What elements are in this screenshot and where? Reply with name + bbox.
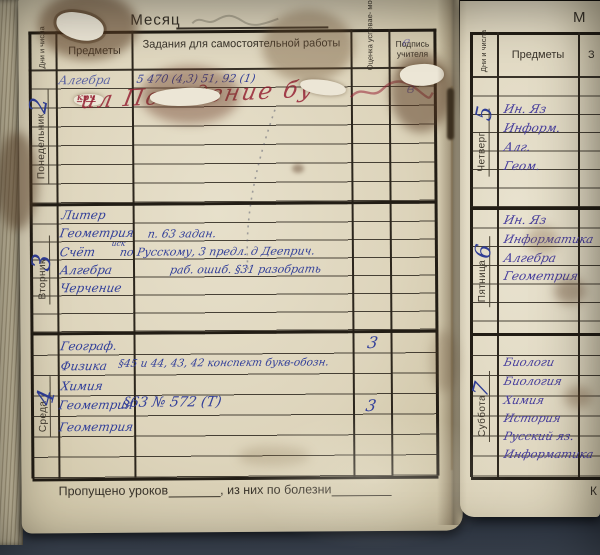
month-label-partial: М [573, 9, 587, 26]
task-entry: §63 № 572 (Т) [122, 394, 223, 411]
header-cell-days: Дни и числа [28, 33, 55, 69]
sick-blank [331, 485, 391, 496]
subject-entry: Черчение [59, 281, 123, 295]
subject-entry: История [503, 411, 563, 425]
subject-entry: Ин. Яз [503, 102, 548, 116]
subject-entry: Физика [60, 359, 109, 373]
right-page: М Дни и числа Предметы З Четверг Пятница… [460, 1, 600, 517]
subject-entry: Географ. [59, 339, 118, 353]
subject-entry: Алгебра [503, 251, 558, 265]
subject-entry: Литер [60, 208, 106, 222]
missed-blank [168, 486, 220, 497]
red-remark-flourish [349, 77, 435, 108]
subject-entry: Химия [60, 379, 104, 393]
task-entry: п. 63 задан. [147, 227, 218, 240]
subject-entry: Алгебра [59, 263, 113, 277]
sick-label: , из них по болезни [220, 482, 331, 497]
subject-entry: Геометрия [503, 269, 580, 283]
footer-partial-letter: К [590, 484, 597, 498]
header-cell-grade: Оценка успевае- мости [351, 31, 388, 67]
diary-photo: Месяц Дни и числа Предметы Задания для с… [0, 0, 600, 555]
subject-entry: Геометрия [58, 420, 134, 435]
header-cell-subjects: Предметы [57, 45, 131, 58]
header-cell-subjects: Предметы [499, 49, 577, 61]
header-cell-tasks-partial: З [588, 49, 595, 61]
footer-missed-lessons: Пропущено уроков, из них по болезни [59, 482, 392, 498]
day-label-friday: Пятница [470, 210, 497, 333]
missed-label: Пропущено уроков [59, 484, 169, 499]
subject-entry: Алг. [503, 140, 533, 154]
subject-entry: Информатика [503, 232, 595, 246]
day-label-monday: Понедельник [29, 70, 57, 203]
subject-entry: Русский яз. [503, 429, 576, 443]
subject-entry: Геом. [503, 159, 542, 173]
subject-entry: Счёт [59, 245, 97, 259]
subject-entry: Химия [503, 393, 546, 407]
month-handwriting-illegible [188, 10, 283, 31]
header-cell-days: Дни и числа [470, 35, 497, 75]
subject-entry: Алгебра [58, 73, 112, 87]
left-page: Месяц Дни и числа Предметы Задания для с… [18, 0, 463, 534]
header-cell-signature: Подпись учителя [390, 39, 434, 60]
subject-entry: Биологи [503, 355, 556, 369]
ink-trail [229, 106, 290, 276]
header-cell-tasks: Задания для самостоятельной работы [134, 37, 348, 52]
month-label: Месяц [130, 11, 180, 28]
day-label-thursday: Четверг [470, 78, 497, 207]
day-label-saturday: Суббота [470, 336, 497, 477]
subject-entry: Информатика [503, 447, 595, 461]
subject-entry: Информ. [503, 121, 562, 135]
task-entry: §45 и 44, 43, 42 конспект букв-обозн. [118, 356, 330, 369]
subject-entry: Ин. Яз [503, 213, 548, 227]
subject-entry: Биология [503, 374, 564, 388]
